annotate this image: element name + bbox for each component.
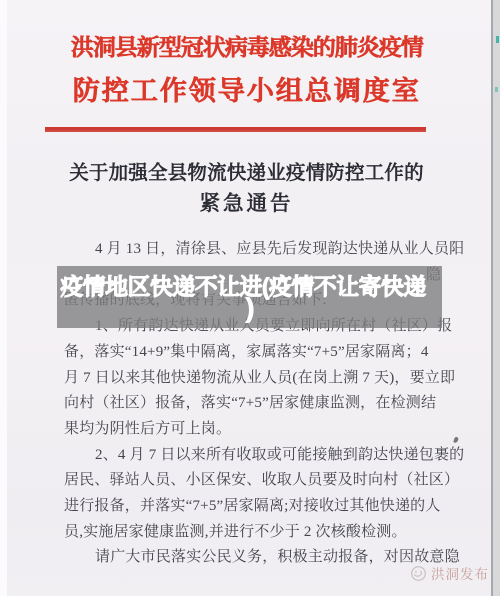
- body-line: 月 7 日以来其他快递物流从业人员(在岗上溯 7 天)，要立即: [64, 366, 426, 392]
- body-line: 居民、驿站人员、小区保安、收取人员要及时向村（社区）: [64, 468, 426, 494]
- body-line: 备，落实“14+9”集中隔离，家属落实“7+5”居家隔离；4: [64, 340, 426, 366]
- notice-photo: 洪洞县新型冠状病毒感染的肺炎疫情 防控工作领导小组总调度室 关于加强全县物流快递…: [0, 0, 500, 596]
- letterhead-line1: 洪洞县新型冠状病毒感染的肺炎疫情: [0, 29, 493, 62]
- notice-title-line1: 关于加强全县物流快递业疫情防控工作的: [0, 157, 493, 185]
- notice-title-line2: 紧急通告: [0, 186, 493, 216]
- scan-artifact: [496, 36, 499, 43]
- letterhead-line2: 防控工作领导小组总调度室: [0, 69, 493, 108]
- body-line: 进行报备，并落实“7+5”居家隔离;对接收过其他快递的人: [64, 494, 426, 520]
- publisher-name: 洪洞发布: [431, 563, 489, 583]
- letterhead-divider: [45, 127, 426, 132]
- body-line: 2、4 月 7 日以来所有收取或可能接触到韵达快递包裹的: [64, 443, 426, 469]
- caption-overlay: 疫情地区快递不让进(疫情不让寄快递 ): [57, 266, 442, 328]
- body-line: 请广大市民落实公民义务，积极主动报备，对因故意隐: [64, 545, 426, 571]
- body-line: 4 月 13 日，清徐县、应县先后发现韵达快递从业人员阳: [64, 237, 426, 263]
- body-line: 向村（社区）报备，落实“7+5”居家健康监测，在检测结: [64, 391, 426, 417]
- body-line: 员,实施居家健康监测,并进行不少于 2 次核酸检测。: [64, 520, 426, 546]
- publisher-watermark: 洪洞发布: [410, 563, 489, 583]
- body-line: 果均为阴性后方可上岗。: [64, 417, 426, 443]
- publisher-logo-icon: [410, 565, 427, 582]
- scan-artifact: [495, 87, 498, 92]
